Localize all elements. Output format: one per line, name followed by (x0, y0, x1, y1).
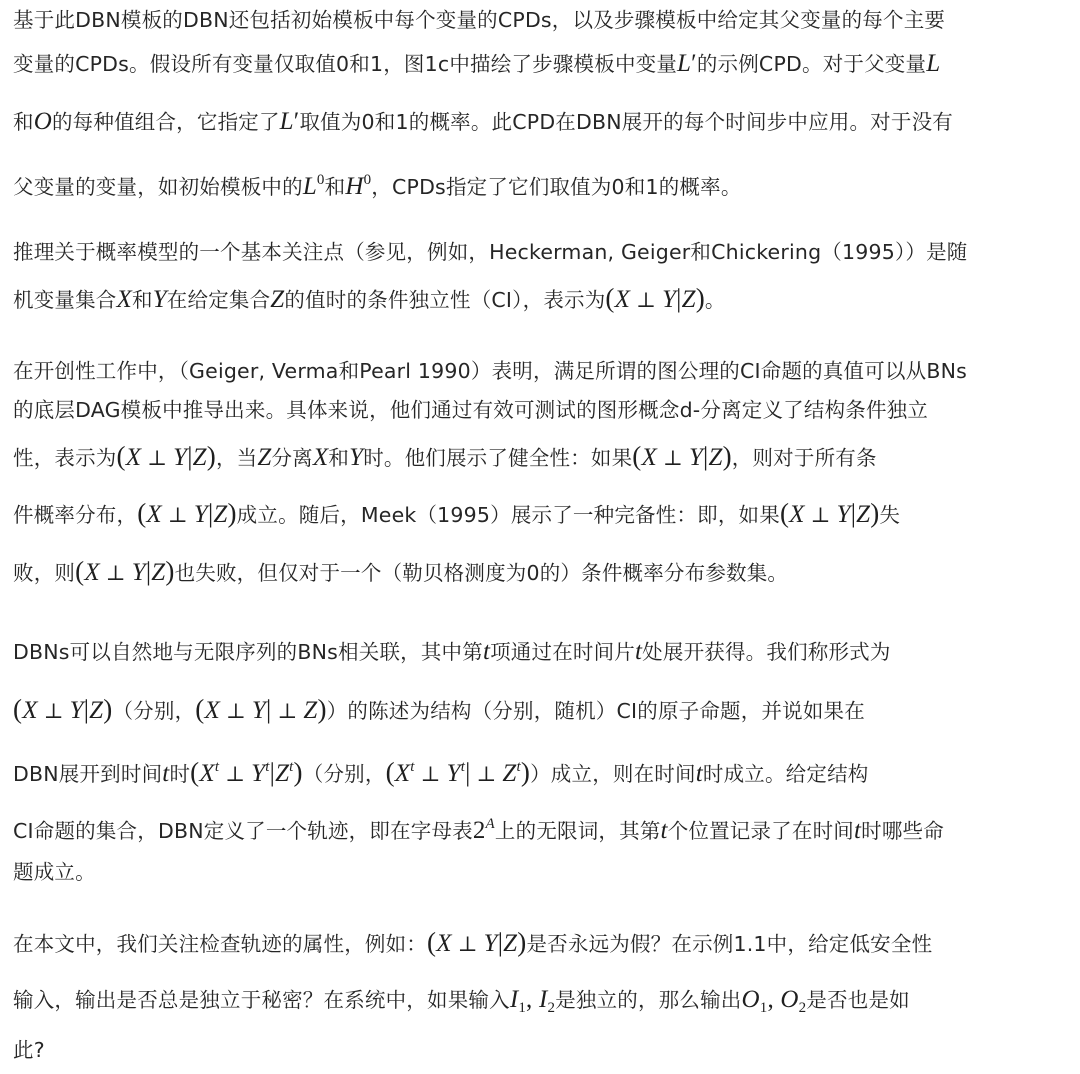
math-Z: Z (270, 286, 284, 313)
math-t: t (661, 817, 668, 844)
text: CI命题的集合，DBN定义了一个轨迹，即在字母表 (13, 819, 473, 843)
text: 的值时的条件独立性（CI），表示为 (284, 288, 605, 312)
text: 性，表示为 (13, 446, 117, 470)
math-X: X (117, 286, 132, 313)
p5-line-2: 输入，输出是否总是独立于秘密？在系统中，如果输入I1, I2是独立的，那么输出O… (13, 986, 910, 1022)
p1-line-3: 和O的每种值组合，它指定了L′取值为0和1的概率。此CPD在DBN展开的每个时间… (13, 108, 953, 136)
p3-line-2: 的底层DAG模板中推导出来。具体来说，他们通过有效可测试的图形概念d-分离定义了… (13, 396, 928, 424)
text: 败，则 (13, 561, 75, 585)
p5-line-1: 在本文中，我们关注检查轨迹的属性，例如：(X⊥Y|Z)是否永远为假？在示例1.1… (13, 928, 932, 958)
math-X: X (313, 444, 328, 471)
math-H0: H0 (345, 173, 371, 200)
text: 上的无限词，其第 (495, 819, 661, 843)
math-L-prime: L′ (280, 108, 300, 135)
text: 是否也是如 (806, 988, 910, 1012)
math-ci-expression: (X⊥Y|Z) (117, 444, 216, 471)
text: 。 (705, 288, 726, 312)
math-L-prime: L′ (677, 50, 697, 77)
math-ci-expression: (X⊥Y|Z) (605, 286, 704, 313)
text: 时哪些命 (861, 819, 944, 843)
p2-line-1: 推理关于概率模型的一个基本关注点（参见，例如，Heckerman, Geiger… (13, 238, 968, 266)
math-L0: L0 (303, 173, 325, 200)
text: 的底层DAG模板中推导出来。具体来说，他们通过有效可测试的图形概念d-分离定义了… (13, 398, 928, 422)
text: 推理关于概率模型的一个基本关注点（参见，例如，Heckerman, Geiger… (13, 240, 968, 264)
text: 是独立的，那么输出 (555, 988, 741, 1012)
text: 个位置记录了在时间 (668, 819, 854, 843)
p3-line-3: 性，表示为(X⊥Y|Z)，当Z分离X和Y时。他们展示了健全性：如果(X⊥Y|Z)… (13, 442, 877, 472)
text: 此? (13, 1038, 45, 1062)
text: 在本文中，我们关注检查轨迹的属性，例如： (13, 932, 427, 956)
text: 的示例CPD。对于父变量 (697, 52, 926, 76)
text: 的每种值组合，它指定了 (52, 110, 280, 134)
text: 变量的CPDs。假设所有变量仅取值0和1，图1c中描绘了步骤模板中变量 (13, 52, 677, 76)
math-random-ci-expression: (X⊥Y|⊥Z) (195, 697, 326, 724)
text: ）的陈述为结构（分别，随机）CI的原子命题，并说如果在 (327, 699, 865, 723)
math-inputs-I1-I2: I1, I2 (510, 986, 555, 1013)
text: 是否永远为假？在示例1.1中，给定低安全性 (526, 932, 932, 956)
math-O: O (34, 108, 52, 135)
math-outputs-O1-O2: O1, O2 (742, 986, 807, 1013)
math-ci-expression: (X⊥Y|Z) (13, 697, 112, 724)
p4-line-5: 题成立。 (13, 858, 96, 886)
text: 项通过在时间片 (490, 640, 635, 664)
p4-line-4: CI命题的集合，DBN定义了一个轨迹，即在字母表2A上的无限词，其第t个位置记录… (13, 810, 944, 845)
text: 件概率分布， (13, 503, 137, 527)
math-2-power-A: 2A (473, 817, 495, 844)
math-ci-expression: (X⊥Y|Z) (427, 930, 526, 957)
math-t: t (696, 760, 703, 787)
text: ，CPDs指定了它们取值为0和1的概率。 (371, 175, 741, 199)
text: 和 (328, 446, 349, 470)
math-Y: Y (153, 286, 167, 313)
text: ，当 (216, 446, 257, 470)
text: 失 (879, 503, 900, 527)
text: 也失败，但仅对于一个（勒贝格测度为0的）条件概率分布参数集。 (175, 561, 789, 585)
text: 基于此DBN模板的DBN还包括初始模板中每个变量的CPDs，以及步骤模板中给定其… (13, 8, 945, 32)
p4-line-1: DBNs可以自然地与无限序列的BNs相关联，其中第t项通过在时间片t处展开获得。… (13, 638, 891, 666)
text: 题成立。 (13, 860, 96, 884)
p1-line-2: 变量的CPDs。假设所有变量仅取值0和1，图1c中描绘了步骤模板中变量L′的示例… (13, 50, 940, 78)
text: 父变量的变量，如初始模板中的 (13, 175, 303, 199)
math-Y: Y (349, 444, 363, 471)
text: 机变量集合 (13, 288, 117, 312)
text: 取值为0和1的概率。此CPD在DBN展开的每个时间步中应用。对于没有 (299, 110, 953, 134)
math-ci-expression-t: (Xt⊥Yt|Zt) (190, 760, 303, 787)
p1-line-1: 基于此DBN模板的DBN还包括初始模板中每个变量的CPDs，以及步骤模板中给定其… (13, 6, 945, 34)
text: 分离 (271, 446, 312, 470)
math-Z: Z (257, 444, 271, 471)
text: ，则对于所有条 (732, 446, 877, 470)
text: （分别， (112, 699, 195, 723)
text: 时成立。给定结构 (703, 762, 869, 786)
math-random-ci-expression-t: (Xt⊥Yt|⊥Zt) (386, 760, 531, 787)
text: （分别， (303, 762, 386, 786)
math-ci-expression: (X⊥Y|Z) (632, 444, 731, 471)
text: 时 (169, 762, 190, 786)
text: 和 (132, 288, 153, 312)
text: DBNs可以自然地与无限序列的BNs相关联，其中第 (13, 640, 483, 664)
text: 和 (13, 110, 34, 134)
text: 时。他们展示了健全性：如果 (363, 446, 632, 470)
text: 成立。随后，Meek（1995）展示了一种完备性：即，如果 (237, 503, 780, 527)
p2-line-2: 机变量集合X和Y在给定集合Z的值时的条件独立性（CI），表示为(X⊥Y|Z)。 (13, 284, 726, 314)
text: 处展开获得。我们称形式为 (642, 640, 890, 664)
math-ci-expression: (X⊥Y|Z) (75, 559, 174, 586)
math-ci-expression: (X⊥Y|Z) (137, 501, 236, 528)
p5-line-3: 此? (13, 1036, 45, 1064)
math-ci-expression: (X⊥Y|Z) (780, 501, 879, 528)
text: 在开创性工作中，（Geiger, Verma和Pearl 1990）表明，满足所… (13, 359, 967, 383)
text: 输入，输出是否总是独立于秘密？在系统中，如果输入 (13, 988, 510, 1012)
text: 在给定集合 (167, 288, 271, 312)
p3-line-4: 件概率分布，(X⊥Y|Z)成立。随后，Meek（1995）展示了一种完备性：即，… (13, 499, 900, 529)
text: DBN展开到时间 (13, 762, 162, 786)
text: 和 (325, 175, 346, 199)
text: ）成立，则在时间 (530, 762, 696, 786)
p4-line-2: (X⊥Y|Z)（分别，(X⊥Y|⊥Z)）的陈述为结构（分别，随机）CI的原子命题… (13, 695, 865, 725)
p3-line-1: 在开创性工作中，（Geiger, Verma和Pearl 1990）表明，满足所… (13, 357, 967, 385)
p4-line-3: DBN展开到时间t时(Xt⊥Yt|Zt)（分别，(Xt⊥Yt|⊥Zt)）成立，则… (13, 753, 868, 788)
p1-line-4: 父变量的变量，如初始模板中的L0和H0，CPDs指定了它们取值为0和1的概率。 (13, 166, 742, 201)
p3-line-5: 败，则(X⊥Y|Z)也失败，但仅对于一个（勒贝格测度为0的）条件概率分布参数集。 (13, 557, 788, 587)
math-L: L (926, 50, 940, 77)
